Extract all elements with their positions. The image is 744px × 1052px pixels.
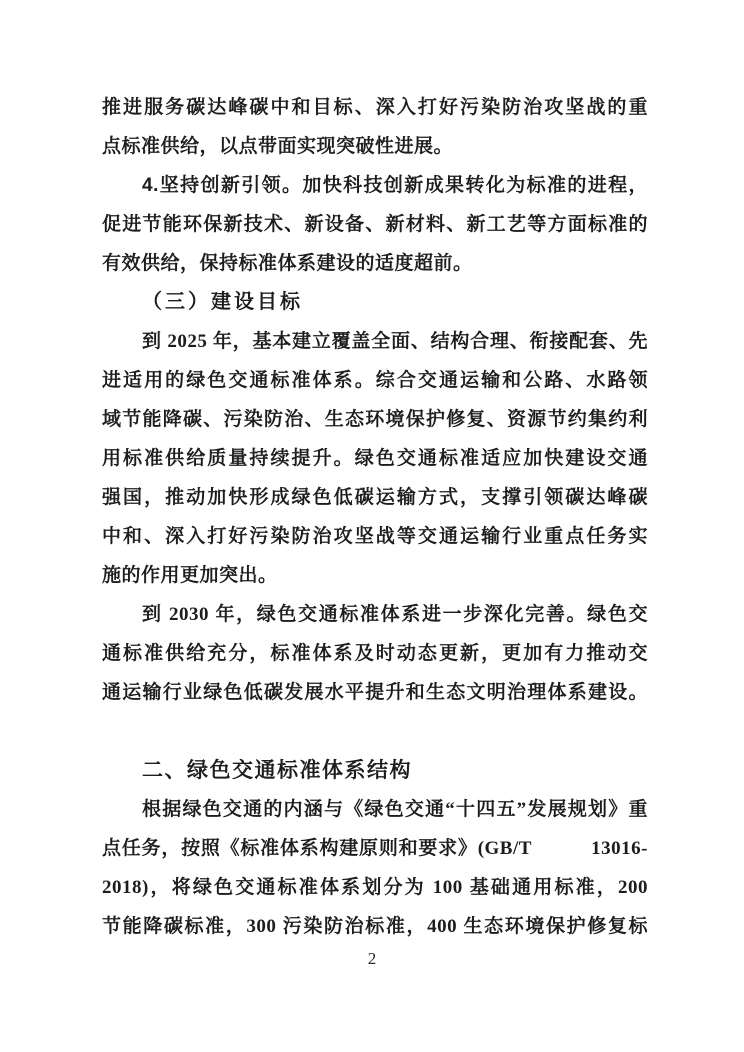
heading-green-transport-standard-structure: 二、绿色交通标准体系结构: [102, 751, 648, 790]
paragraph-line: 点任务，按照《标准体系构建原则和要求》(GB/T 13016-: [102, 829, 648, 868]
paragraph-line: 促进节能环保新技术、新设备、新材料、新工艺等方面标准的: [102, 205, 648, 244]
paragraph-line: 到 2030 年，绿色交通标准体系进一步深化完善。绿色交: [102, 595, 648, 634]
paragraph-line: 中和、深入打好污染防治攻坚战等交通运输行业重点任务实: [102, 517, 648, 556]
document-page: 推进服务碳达峰碳中和目标、深入打好污染防治攻坚战的重 点标准供给，以点带面实现突…: [0, 0, 744, 1052]
paragraph-line: 通运输行业绿色低碳发展水平提升和生态文明治理体系建设。: [102, 673, 648, 712]
item-4-text: 加快科技创新成果转化为标准的进程，: [302, 175, 648, 196]
page-number: 2: [0, 948, 744, 970]
item-4-lead: 4.坚持创新引领。: [142, 175, 302, 196]
paragraph-line: 用标准供给质量持续提升。绿色交通标准适应加快建设交通: [102, 439, 648, 478]
paragraph-line: 有效供给，保持标准体系建设的适度超前。: [102, 244, 648, 283]
heading-construction-goals: （三）建设目标: [102, 283, 648, 322]
blank-line: [102, 712, 648, 751]
paragraph-line: 进适用的绿色交通标准体系。综合交通运输和公路、水路领: [102, 361, 648, 400]
paragraph-line: 2018)，将绿色交通标准体系划分为 100 基础通用标准，200: [102, 868, 648, 907]
paragraph-line: 域节能降碳、污染防治、生态环境保护修复、资源节约集约利: [102, 400, 648, 439]
paragraph-line: 根据绿色交通的内涵与《绿色交通“十四五”发展规划》重: [102, 790, 648, 829]
paragraph-line: 点标准供给，以点带面实现突破性进展。: [102, 127, 648, 166]
paragraph-line: 推进服务碳达峰碳中和目标、深入打好污染防治攻坚战的重: [102, 88, 648, 127]
paragraph-line: 节能降碳标准，300 污染防治标准，400 生态环境保护修复标: [102, 907, 648, 946]
paragraph-line: 强国，推动加快形成绿色低碳运输方式，支撑引领碳达峰碳: [102, 478, 648, 517]
document-body: 推进服务碳达峰碳中和目标、深入打好污染防治攻坚战的重 点标准供给，以点带面实现突…: [102, 88, 648, 946]
paragraph-line: 4.坚持创新引领。加快科技创新成果转化为标准的进程，: [102, 166, 648, 205]
paragraph-line: 到 2025 年，基本建立覆盖全面、结构合理、衔接配套、先: [102, 322, 648, 361]
paragraph-line: 通标准供给充分，标准体系及时动态更新，更加有力推动交: [102, 634, 648, 673]
paragraph-line: 施的作用更加突出。: [102, 556, 648, 595]
